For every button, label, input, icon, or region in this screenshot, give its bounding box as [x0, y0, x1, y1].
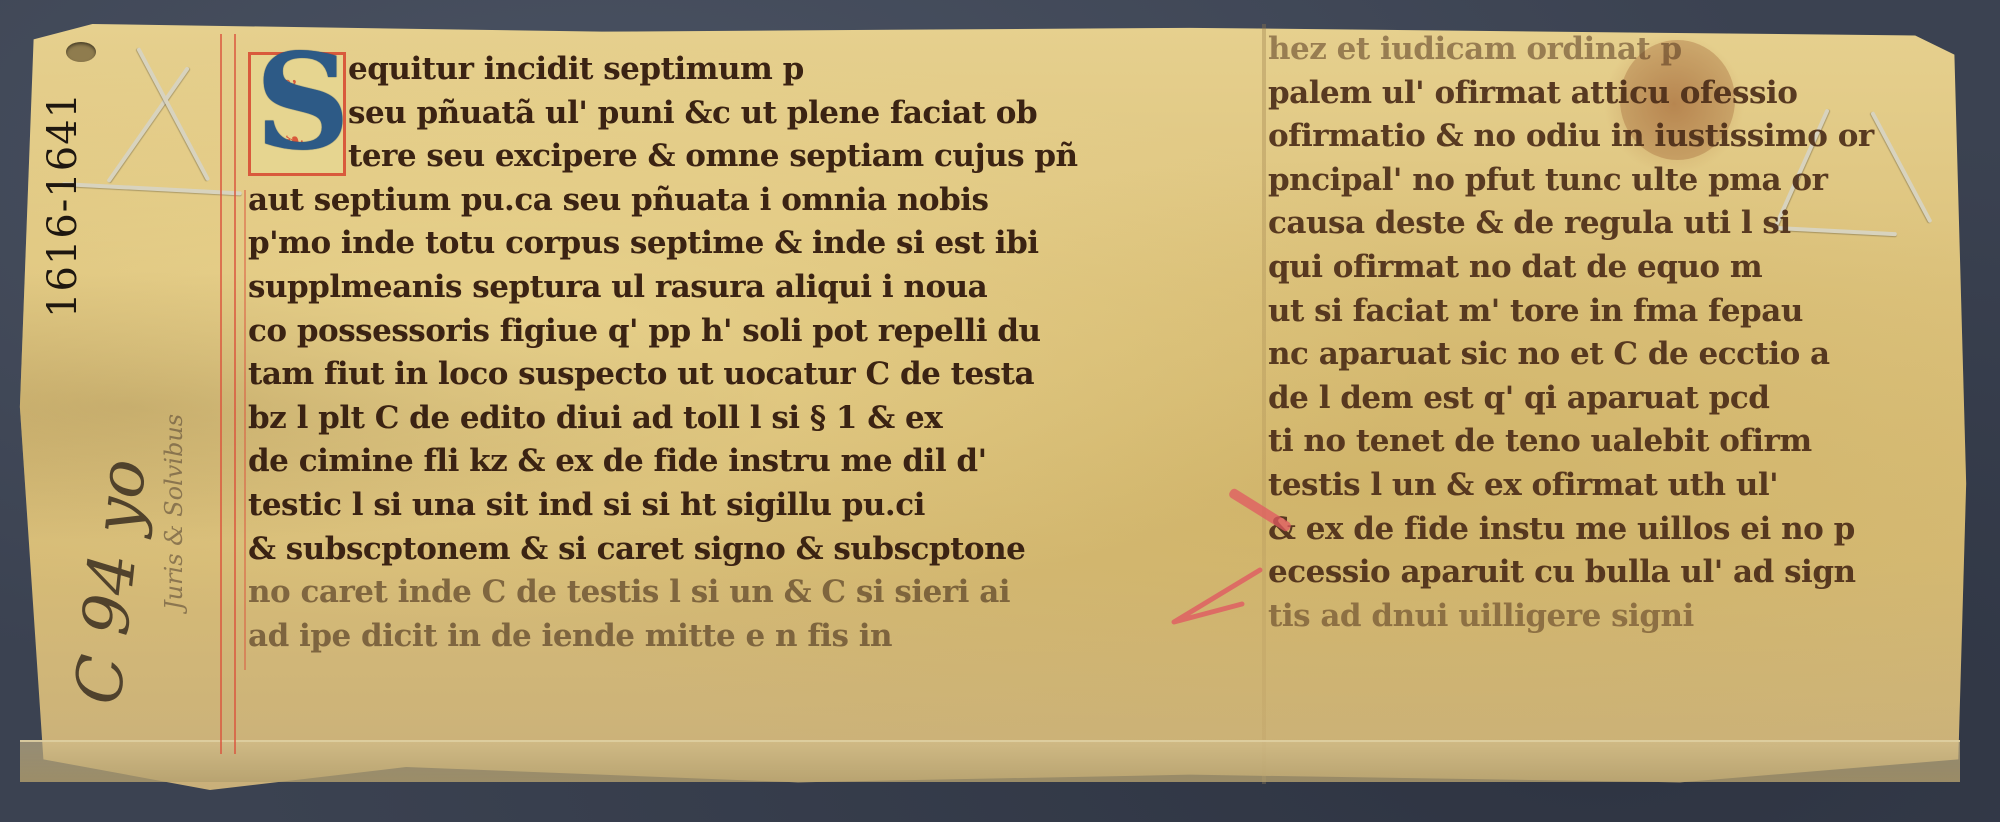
ruling-line — [220, 34, 222, 754]
right-text-column: hez et iudicam ordinat p palem ul' ofirm… — [1268, 28, 1958, 638]
text-line: tere seu excipere & omne septiam cujus p… — [248, 135, 1158, 179]
text-line: tis ad dnui uilligere signi — [1268, 595, 1958, 639]
fold-crease — [1262, 24, 1266, 784]
text-line: co possessoris figiue q' pp h' soli pot … — [248, 310, 1158, 354]
text-line: equitur incidit septimum p — [248, 48, 1158, 92]
text-line: nc aparuat sic no et C de ecctio a — [1268, 333, 1958, 377]
text-line: de cimine fli kz & ex de fide instru me … — [248, 440, 1158, 484]
text-line: & ex de fide instu me uillos ei no p — [1268, 508, 1958, 552]
red-check-mark-icon — [1164, 560, 1264, 630]
text-line: ut si faciat m' tore in fma fepau — [1268, 290, 1958, 334]
left-text-column: equitur incidit septimum p seu pñuatã ul… — [248, 48, 1158, 658]
ruling-line — [244, 190, 246, 670]
bottom-folded-strip — [20, 740, 1960, 782]
text-line: de l dem est q' qi aparuat pcd — [1268, 377, 1958, 421]
text-line: ad ipe dicit in de iende mitte e n fis i… — [248, 615, 1158, 659]
text-line: palem ul' ofirmat atticu ofessio — [1268, 72, 1958, 116]
text-line: supplmeanis septura ul rasura aliqui i n… — [248, 266, 1158, 310]
text-line: aut septium pu.ca seu pñuata i omnia nob… — [248, 179, 1158, 223]
text-line: ecessio aparuit cu bulla ul' ad sign — [1268, 551, 1958, 595]
text-line: & subscptonem & si caret signo & subscpt… — [248, 528, 1158, 572]
text-line: causa deste & de regula uti l si — [1268, 202, 1958, 246]
text-line: bz l plt C de edito diui ad toll l si § … — [248, 397, 1158, 441]
text-line: seu pñuatã ul' puni &c ut plene faciat o… — [248, 92, 1158, 136]
binding-hole — [66, 42, 96, 62]
margin-pencil-note: Juris & Solvibus — [160, 414, 188, 610]
ruling-line — [234, 34, 236, 754]
text-line: ti no tenet de teno ualebit ofirm — [1268, 420, 1958, 464]
margin-date-annotation: 1616-1641 — [40, 92, 86, 318]
text-line: p'mo inde totu corpus septime & inde si … — [248, 222, 1158, 266]
text-line: no caret inde C de testis l si un & C si… — [248, 571, 1158, 615]
text-line: tam fiut in loco suspecto ut uocatur C d… — [248, 353, 1158, 397]
text-line: testic l si una sit ind si si ht sigillu… — [248, 484, 1158, 528]
text-line: ofirmatio & no odiu in iustissimo or — [1268, 115, 1958, 159]
text-line: testis l un & ex ofirmat uth ul' — [1268, 464, 1958, 508]
text-line: hez et iudicam ordinat p — [1268, 28, 1958, 72]
text-line: qui ofirmat no dat de equo m — [1268, 246, 1958, 290]
text-line: pncipal' no pfut tunc ulte pma or — [1268, 159, 1958, 203]
